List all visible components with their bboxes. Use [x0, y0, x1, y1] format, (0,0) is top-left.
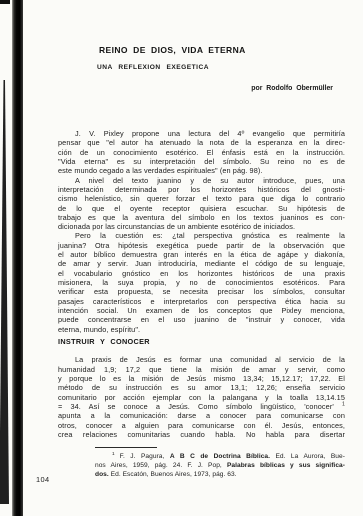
- text-line: "Vida eterna" es su interpretación del s…: [58, 157, 345, 166]
- text-line: pasajes característicos e interpretarlos…: [58, 297, 345, 306]
- scanned-page: REINO DE DIOS, VIDA ETERNA UNA REFLEXION…: [0, 0, 363, 516]
- article-title: REINO DE DIOS, VIDA ETERNA: [99, 46, 345, 55]
- scan-artifact-binding-bar: [12, 0, 23, 516]
- text-line: A nivel del texto juanino y de su autor …: [58, 176, 345, 185]
- footnote-line: nos Aires, 1959, pág. 24. F. J. Pop, Pal…: [95, 461, 345, 470]
- text-line: y porque lo es la misión de Jesús mismo …: [58, 374, 345, 383]
- footnote-separator-rule: [95, 447, 157, 448]
- text-line-with-footnote-marker: = 34. Así se conoce a Jesús. Como símbol…: [58, 402, 345, 411]
- section-heading: INSTRUIR Y CONOCER: [58, 337, 345, 346]
- page-content: REINO DE DIOS, VIDA ETERNA UNA REFLEXION…: [58, 0, 345, 93]
- text-line: método de su instrucción es su amor 13,1…: [58, 383, 345, 392]
- text-line: verificar esta propuesta, se necesita pr…: [58, 287, 345, 296]
- text-line: juanina? Otra hipótesis exegética puede …: [58, 241, 345, 250]
- text-line: misionera, la suya propia, y no de conoc…: [58, 278, 345, 287]
- text-line: Pero la cuestión es: ¿tal perspectiva gn…: [58, 231, 345, 240]
- footnote-block: 1 F. J. Pagura, A B C de Doctrina Bíblic…: [95, 452, 345, 479]
- text-line: dicionada por las circunstancias de un a…: [58, 222, 345, 231]
- article-subtitle: UNA REFLEXION EXEGETICA: [97, 64, 345, 72]
- footnote-line: dos. Ed. Escatón, Buenos Aires, 1973, pá…: [95, 470, 345, 479]
- body-text: J. V. Pixley propone una lectura del 4º …: [58, 129, 345, 479]
- text-line: La praxis de Jesús es formar una comunid…: [58, 355, 345, 364]
- text-line: apunta a la comunicación: darse a conoce…: [58, 411, 345, 420]
- text-line: otros, conocer a alguien para comunicars…: [58, 421, 345, 430]
- text-line: trabajo es que la aventura del símbolo e…: [58, 213, 345, 222]
- text-line: humanidad 1,9; 17,2 que tiene la misión …: [58, 365, 345, 374]
- text-line: crea relaciones comunitarias cuando habl…: [58, 430, 345, 439]
- text-line: pensar que "el autor ha atenuado la nota…: [58, 138, 345, 147]
- text-line: de amar y servir. Juan introduciría, med…: [58, 259, 345, 268]
- text-line: J. V. Pixley propone una lectura del 4º …: [58, 129, 345, 138]
- text-line: intención social. Un examen de los conce…: [58, 306, 345, 315]
- text-line: cismo helenístico, sin querer forzar el …: [58, 194, 345, 203]
- text-line: el vocabulario gnóstico en los horizonte…: [58, 269, 345, 278]
- text-line: puede concentrarse en el uso juanino de …: [58, 315, 345, 324]
- text-line: de lo que el oyente receptor quisiera es…: [58, 204, 345, 213]
- footnote-line: 1 F. J. Pagura, A B C de Doctrina Bíblic…: [95, 452, 345, 461]
- page-number: 104: [36, 475, 50, 484]
- author-byline: por Rodolfo Obermüller: [58, 85, 345, 93]
- text-line: comunitario por acción ejemplar con la p…: [58, 393, 345, 402]
- text-line: ción de un conocimiento esotérico. El én…: [58, 148, 345, 157]
- scan-artifact-shadow-line: [0, 0, 12, 516]
- text-line: este mundo cegado a las verdades espirit…: [58, 166, 345, 175]
- text-line: interpretación determinada por los horiz…: [58, 185, 345, 194]
- text-line: el autor bíblico demuestra gran interés …: [58, 250, 345, 259]
- text-line: eterna, mundo, espíritu".: [58, 325, 345, 334]
